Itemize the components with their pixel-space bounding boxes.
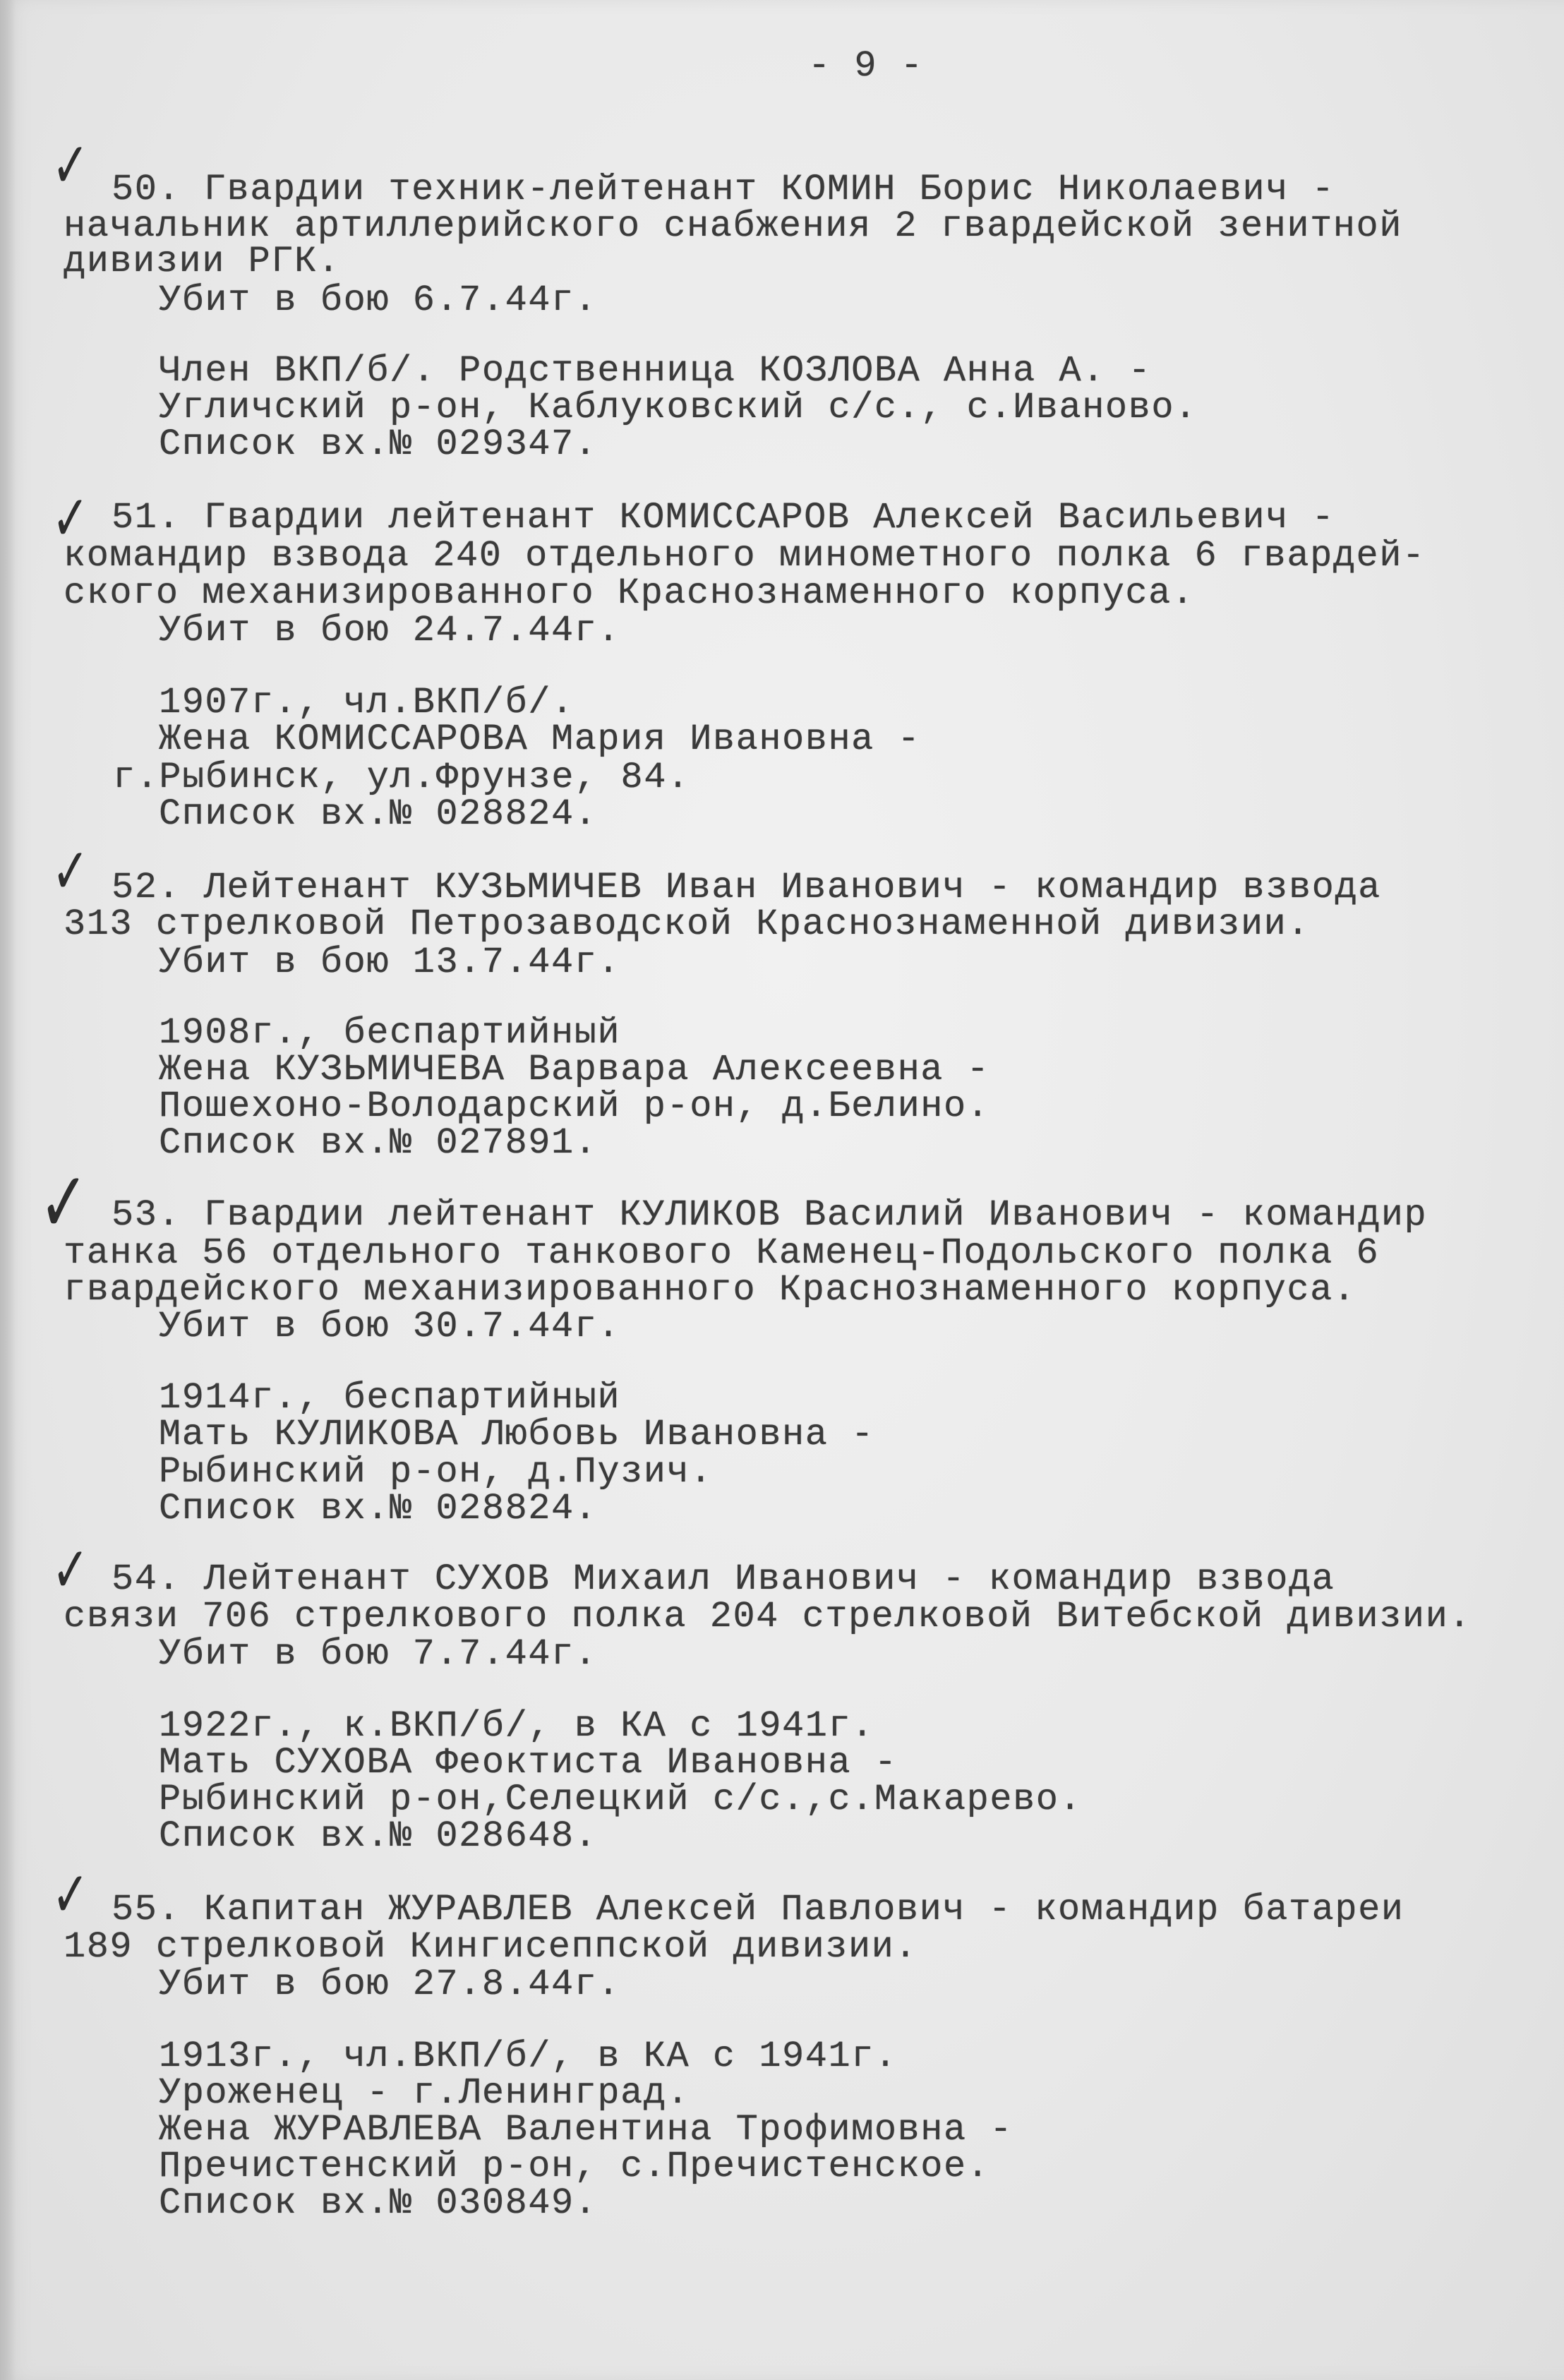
page-number: - 9 - xyxy=(808,48,924,85)
entry-list-number: Список вх.№ 028648. xyxy=(159,1818,597,1855)
entry-info: 1908г., беспартийный xyxy=(159,1015,620,1052)
entry-info: 1907г., чл.ВКП/б/. xyxy=(159,685,575,721)
entry-relative: Жена КУЗЬМИЧЕВА Варвара Алексеевна - xyxy=(159,1052,989,1088)
entry-position: начальник артиллерийского снабжения 2 гв… xyxy=(64,208,1402,245)
entry-list-number: Список вх.№ 028824. xyxy=(159,796,597,833)
entry-birthplace: Уроженец - г.Ленинград. xyxy=(159,2075,690,2112)
entry-death: Убит в бою 24.7.44г. xyxy=(159,613,620,649)
entry-relative: Мать СУХОВА Феоктиста Ивановна - xyxy=(159,1745,898,1781)
entry-heading: 53. Гвардии лейтенант КУЛИКОВ Василий Ив… xyxy=(112,1197,1427,1234)
entry-info: 1922г., к.ВКП/б/, в КА с 1941г. xyxy=(159,1708,874,1745)
entry-death: Убит в бою 13.7.44г. xyxy=(159,944,620,981)
entry-address: Рыбинский р-он, д.Пузич. xyxy=(159,1454,713,1491)
entry-position-cont: ского механизированного Краснознаменного… xyxy=(64,575,1195,612)
entry-position: связи 706 стрелкового полка 204 стрелков… xyxy=(64,1599,1472,1635)
entry-relative: Жена ЖУРАВЛЕВА Валентина Трофимовна - xyxy=(159,2112,1013,2148)
entry-info: 1914г., беспартийный xyxy=(159,1380,620,1417)
entry-address: г.Рыбинск, ул.Фрунзе, 84. xyxy=(113,759,690,796)
page-edge-shadow xyxy=(0,0,16,2380)
entry-address: Пошехоно-Володарский р-он, д.Белино. xyxy=(159,1088,989,1125)
check-mark-icon: ✓ xyxy=(52,840,89,903)
entry-position: командир взвода 240 отдельного минометно… xyxy=(64,538,1426,575)
entry-relative: Жена КОМИССАРОВА Мария Ивановна - xyxy=(159,721,920,758)
entry-position-cont: гвардейского механизированного Краснозна… xyxy=(64,1272,1356,1309)
entry-heading: 52. Лейтенант КУЗЬМИЧЕВ Иван Иванович - … xyxy=(112,870,1381,906)
entry-position-cont: дивизии РГК. xyxy=(64,244,340,280)
entry-info: 1913г., чл.ВКП/б/, в КА с 1941г. xyxy=(159,2038,898,2075)
entry-info: Член ВКП/б/. Родственница КОЗЛОВА Анна А… xyxy=(159,353,1151,390)
entry-death: Убит в бою 30.7.44г. xyxy=(159,1309,620,1345)
document-page: - 9 - ✓ 50. Гвардии техник-лейтенант КОМ… xyxy=(0,0,1564,2380)
entry-address: Пречистенский р-он, с.Пречистенское. xyxy=(159,2148,989,2185)
entry-heading: 51. Гвардии лейтенант КОМИССАРОВ Алексей… xyxy=(112,500,1335,536)
entry-address: Рыбинский р-он,Селецкий с/с.,с.Макарево. xyxy=(159,1781,1082,1818)
entry-list-number: Список вх.№ 029347. xyxy=(159,426,597,463)
entry-heading: 55. Капитан ЖУРАВЛЕВ Алексей Павлович - … xyxy=(112,1892,1404,1928)
entry-list-number: Список вх.№ 028824. xyxy=(159,1491,597,1527)
entry-heading: 50. Гвардии техник-лейтенант КОМИН Борис… xyxy=(112,172,1335,208)
entry-relative: Мать КУЛИКОВА Любовь Ивановна - xyxy=(159,1417,874,1453)
check-mark-icon: ✓ xyxy=(52,1863,89,1927)
entry-death: Убит в бою 7.7.44г. xyxy=(159,1636,597,1673)
check-mark-icon: ✓ xyxy=(52,134,89,198)
entry-list-number: Список вх.№ 030849. xyxy=(159,2185,597,2222)
entry-position: 313 стрелковой Петрозаводской Краснознам… xyxy=(64,906,1310,943)
entry-list-number: Список вх.№ 027891. xyxy=(159,1125,597,1162)
entry-address: Угличский р-он, Каблуковский с/с., с.Ива… xyxy=(159,390,1198,426)
entry-position: танка 56 отдельного танкового Каменец-По… xyxy=(64,1235,1379,1272)
entry-death: Убит в бою 6.7.44г. xyxy=(159,282,597,319)
entry-heading: 54. Лейтенант СУХОВ Михаил Иванович - ко… xyxy=(112,1561,1335,1598)
check-mark-icon: ✓ xyxy=(52,1539,89,1602)
entry-death: Убит в бою 27.8.44г. xyxy=(159,1966,620,2003)
entry-position: 189 стрелковой Кингисеппской дивизии. xyxy=(64,1929,918,1966)
